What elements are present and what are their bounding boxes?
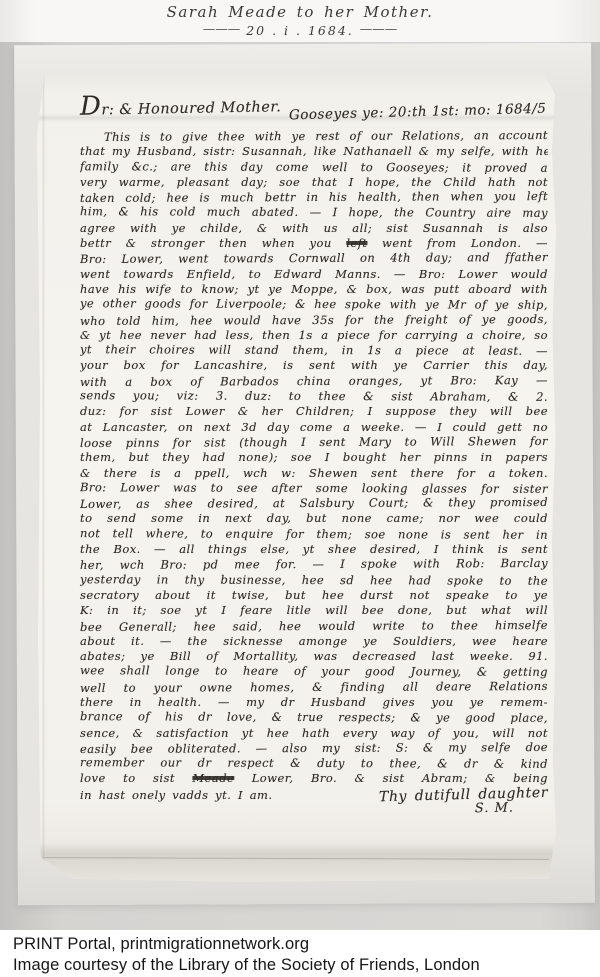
letter-body: This is to give thee with ye rest of our…	[80, 129, 548, 787]
manuscript-line: sends you; viz: 3. duz: to thee & sist A…	[80, 388, 548, 405]
letter-date-row: ——— 20 . i . 1684. ———	[0, 23, 600, 38]
manuscript-line: well to your owne homes, & finding all d…	[80, 679, 548, 696]
left-fold-crease	[42, 70, 45, 882]
manuscript-line: who told him, hee would have 35s for the…	[80, 312, 548, 329]
struck-out-word: left	[346, 236, 367, 250]
manuscript-line: yt their choires will stand them, in 1s …	[80, 342, 548, 359]
credit-footer: PRINT Portal, printmigrationnetwork.org …	[0, 930, 600, 977]
left-dash-rule: ———	[203, 21, 241, 36]
place-and-date: Gooseyes ye: 20:th 1st: mo: 1684/5	[288, 101, 548, 124]
manuscript-line: yesterday in thy businesse, hee sd hee h…	[80, 572, 548, 589]
manuscript-line: bee Generall; hee said, hee would write …	[80, 617, 548, 634]
manuscript-line: have his wife to know; yt ye Moppe, & bo…	[80, 282, 548, 297]
manuscript-photo: Dr: & Honoured Mother. Gooseyes ye: 20:t…	[0, 42, 600, 930]
scanned-letter-page: Sarah Meade to her Mother. ——— 20 . i . …	[0, 0, 600, 977]
manuscript-line: agree with ye childe, & with us all; sis…	[80, 221, 548, 236]
struck-out-word: Meade	[192, 771, 234, 785]
manuscript-line: that my Husband, sistr: Susannah, like N…	[80, 144, 548, 159]
bottom-fold-band	[36, 842, 557, 882]
manuscript-line: ye other goods for Liverpoole; & hee spo…	[80, 296, 548, 313]
manuscript-line: & yt hee never had less, then 1s a piece…	[80, 328, 548, 343]
manuscript-line: family &c.; are this day come well to Go…	[80, 159, 548, 176]
archival-header: Sarah Meade to her Mother. ——— 20 . i . …	[0, 0, 600, 42]
manuscript-line: Lower, as shee desired, at Salsbury Cour…	[80, 495, 548, 512]
manuscript-line: the Box. — all things else, yt shee desi…	[80, 542, 548, 557]
manuscript-text: Dr: & Honoured Mother. Gooseyes ye: 20:t…	[80, 90, 548, 820]
salutation: Dr: & Honoured Mother.	[80, 88, 282, 122]
manuscript-line: Bro: Lower, went towards Cornwall on 4th…	[80, 250, 548, 267]
manuscript-line: them, but they had none); soe I bought h…	[80, 450, 548, 465]
manuscript-line: remember our dr respect & duty to thee, …	[80, 755, 548, 772]
manuscript-line: secratory about it twise, but hee durst …	[80, 588, 548, 603]
letter-date: 20 . i . 1684.	[246, 23, 354, 38]
manuscript-line: bettr & stronger then when you left went…	[80, 236, 548, 251]
letter-title: Sarah Meade to her Mother.	[0, 3, 600, 21]
manuscript-line: abates; ye Bill of Mortallity, was decre…	[80, 649, 548, 664]
manuscript-line: to send some in next day, but none came;…	[80, 511, 548, 526]
manuscript-line: your box for Lancashire, is sent with ye…	[80, 358, 548, 373]
manuscript-line: brance of his dr love, & true respects; …	[80, 709, 548, 726]
manuscript-line: at Lancaster, on next 3d day come a week…	[80, 420, 548, 435]
manuscript-line: very warme, pleasant day; soe that I hop…	[80, 175, 548, 190]
manuscript-line: K: in it; soe yt I feare litle will bee …	[80, 603, 548, 618]
library-credit: Image courtesy of the Library of the Soc…	[13, 955, 600, 976]
manuscript-line: duz: for sist Lower & her Children; I su…	[80, 404, 548, 419]
opening-row: Dr: & Honoured Mother. Gooseyes ye: 20:t…	[80, 90, 548, 120]
manuscript-line: her, wch Bro: pd mee for. — I spoke with…	[80, 556, 548, 573]
letter-sheet: Dr: & Honoured Mother. Gooseyes ye: 20:t…	[36, 70, 557, 882]
right-dash-rule: ———	[360, 21, 398, 36]
manuscript-line: loose pinns for sist (though I sent Mary…	[80, 434, 548, 451]
manuscript-line: This is to give thee with ye rest of our…	[80, 128, 548, 145]
manuscript-line: about it. — the sicknesse amonge ye Soul…	[80, 634, 548, 649]
manuscript-line: love to sist Meade Lower, Bro. & sist Ab…	[80, 771, 548, 786]
manuscript-line: sence, & satisfaction yt hee hath every …	[80, 726, 548, 741]
manuscript-line: him, & his cold much abated. — I hope, t…	[80, 205, 548, 222]
final-line: in hast onely vadds yt. I am.	[80, 787, 272, 803]
manuscript-line: wee shall longe to heare of your good Jo…	[80, 664, 548, 681]
manuscript-line: & there is a ppell, wch w: Shewen sent t…	[80, 466, 548, 481]
manuscript-line: not tell where, to enquire for them; soe…	[80, 526, 548, 543]
manuscript-line: went towards Enfield, to Edward Manns. —…	[80, 267, 548, 282]
portal-credit: PRINT Portal, printmigrationnetwork.org	[13, 934, 600, 955]
manuscript-line: there in health. — my dr Husband gives y…	[80, 695, 548, 710]
